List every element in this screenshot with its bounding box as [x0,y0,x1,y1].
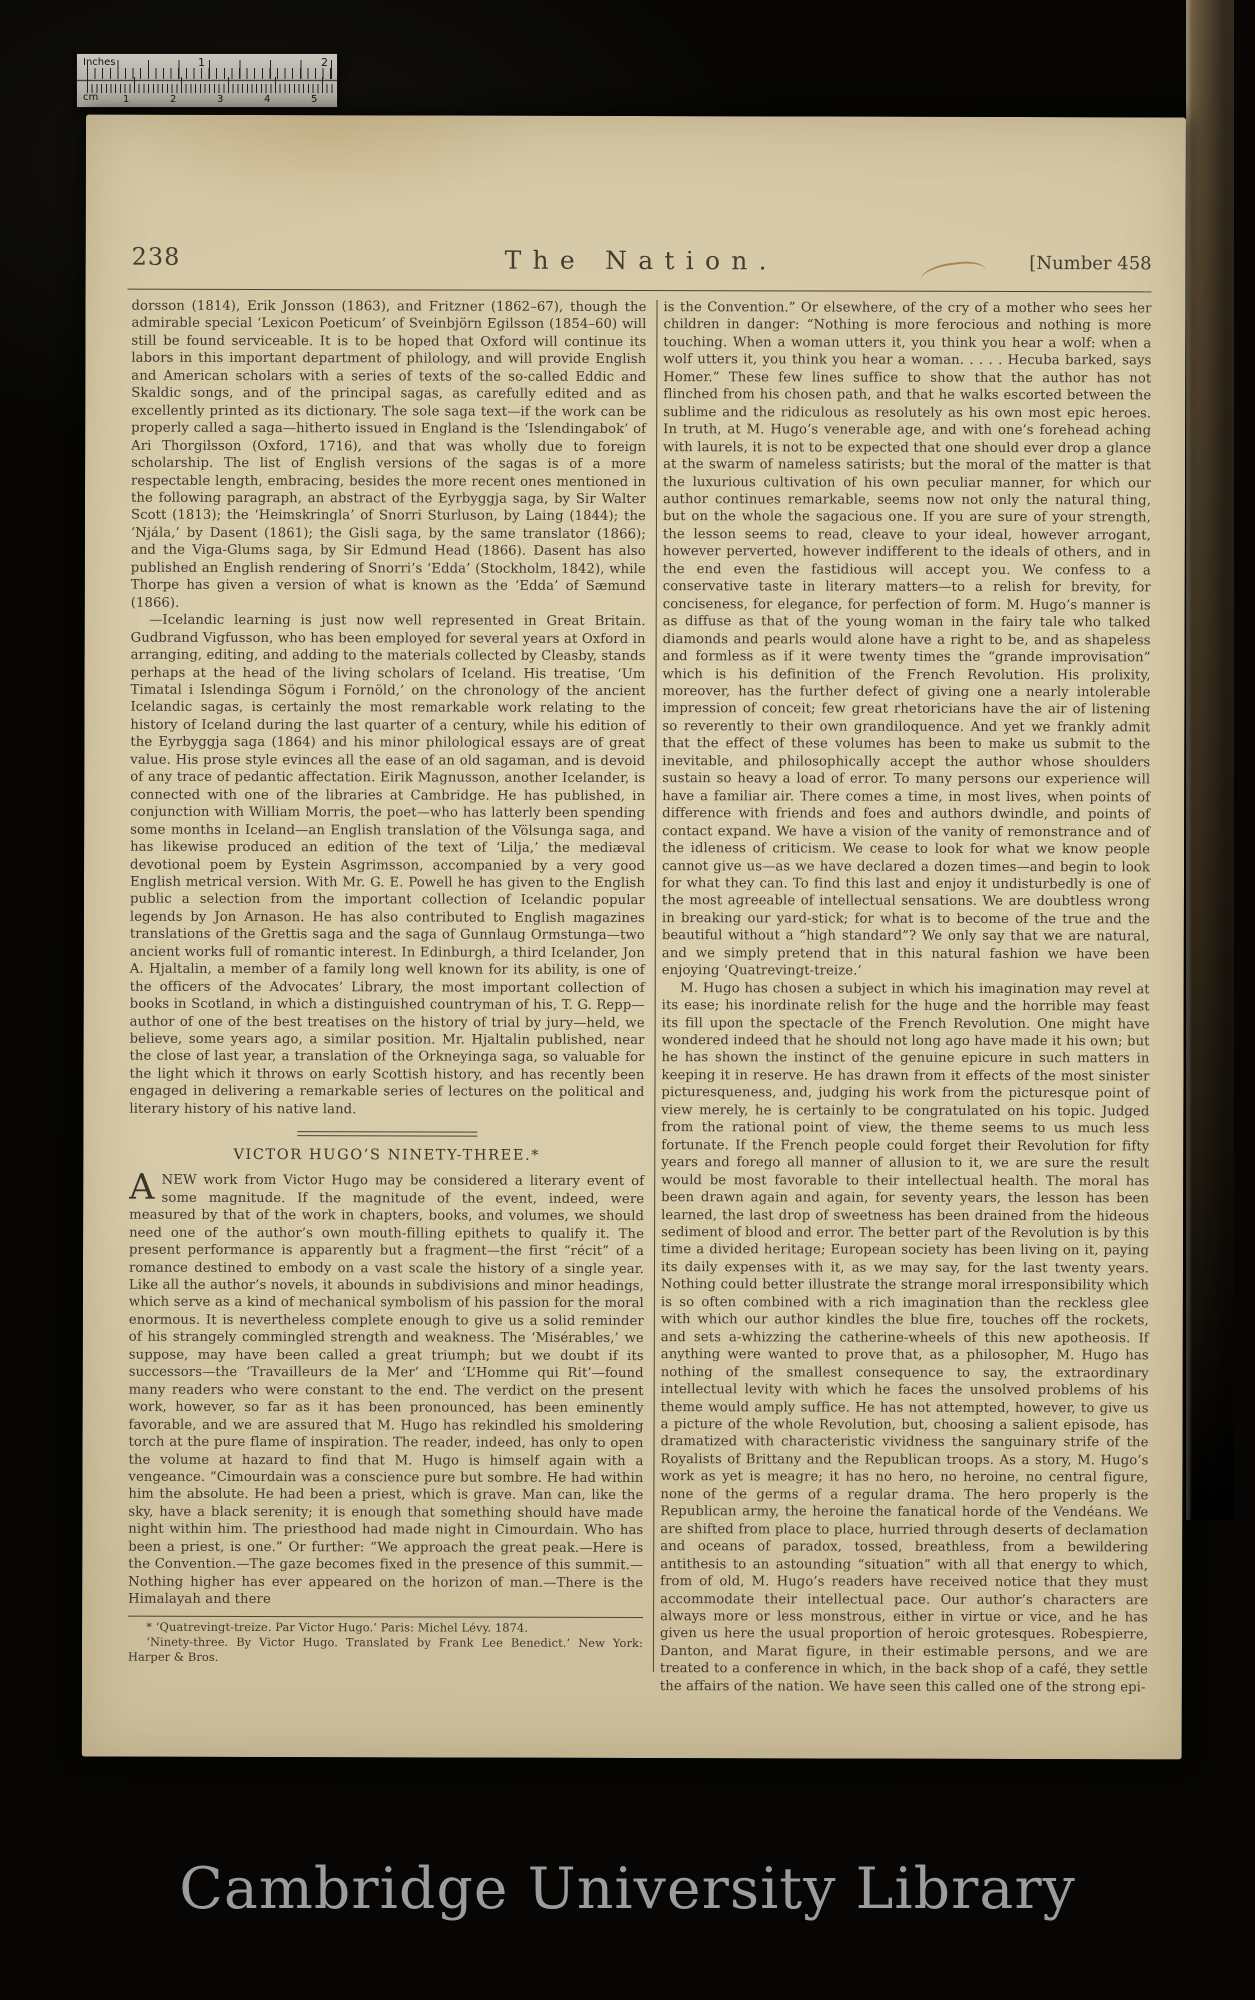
ruler-cm-number: 3 [217,94,223,105]
ruler-cm-number: 4 [264,94,270,105]
article-heading: VICTOR HUGO’S NINETY-THREE.* [129,1147,644,1164]
section-divider-double-rule [297,1131,477,1136]
right-column: is the Convention.” Or elsewhere, of the… [660,299,1152,1697]
footnote-english-edition: ‘Ninety-three. By Victor Hugo. Translate… [128,1635,643,1667]
article-body-text: NEW work from Victor Hugo may be conside… [128,1173,644,1607]
measurement-ruler: Inches 1 2 1 2 3 4 5 cm [76,53,338,108]
ruler-cm-major-ticks [87,77,333,93]
header-rule [128,289,1152,293]
left-paragraph-2: —Icelandic learning is just now well rep… [129,612,645,1119]
ruler-inch-number: 2 [321,56,328,69]
ruler-cm-number: 5 [311,94,317,105]
library-attribution: Cambridge University Library [0,1856,1255,1922]
text-columns: dorsson (1814), Erik Jonsson (1863), and… [128,298,1152,1697]
footnote-french-edition: * ‘Quatrevingt-treize. Par Victor Hugo.’… [128,1619,643,1636]
ruler-inch-number: 1 [198,56,205,69]
ruler-cm-number: 1 [123,94,129,105]
left-column: dorsson (1814), Erik Jonsson (1863), and… [128,298,647,1696]
footnote-rule [128,1615,643,1617]
right-paragraph-2: M. Hugo has chosen a subject in which hi… [660,980,1150,1697]
issue-number: [Number 458 [1029,253,1151,274]
right-paragraph-1: is the Convention.” Or elsewhere, of the… [662,299,1152,981]
ruler-cm-number: 2 [170,94,176,105]
journal-title: The Nation. [86,245,1186,277]
column-divider-rule [653,300,658,1672]
left-paragraph-1: dorsson (1814), Erik Jonsson (1863), and… [131,298,647,614]
drop-cap: A [129,1172,161,1203]
scanned-newspaper-page: 238 The Nation. [Number 458 dorsson (181… [82,115,1186,1760]
book-fore-edge [1186,0,1234,1520]
article-opening-paragraph: ANEW work from Victor Hugo may be consid… [128,1172,644,1610]
ruler-cm-label: cm [83,92,98,103]
